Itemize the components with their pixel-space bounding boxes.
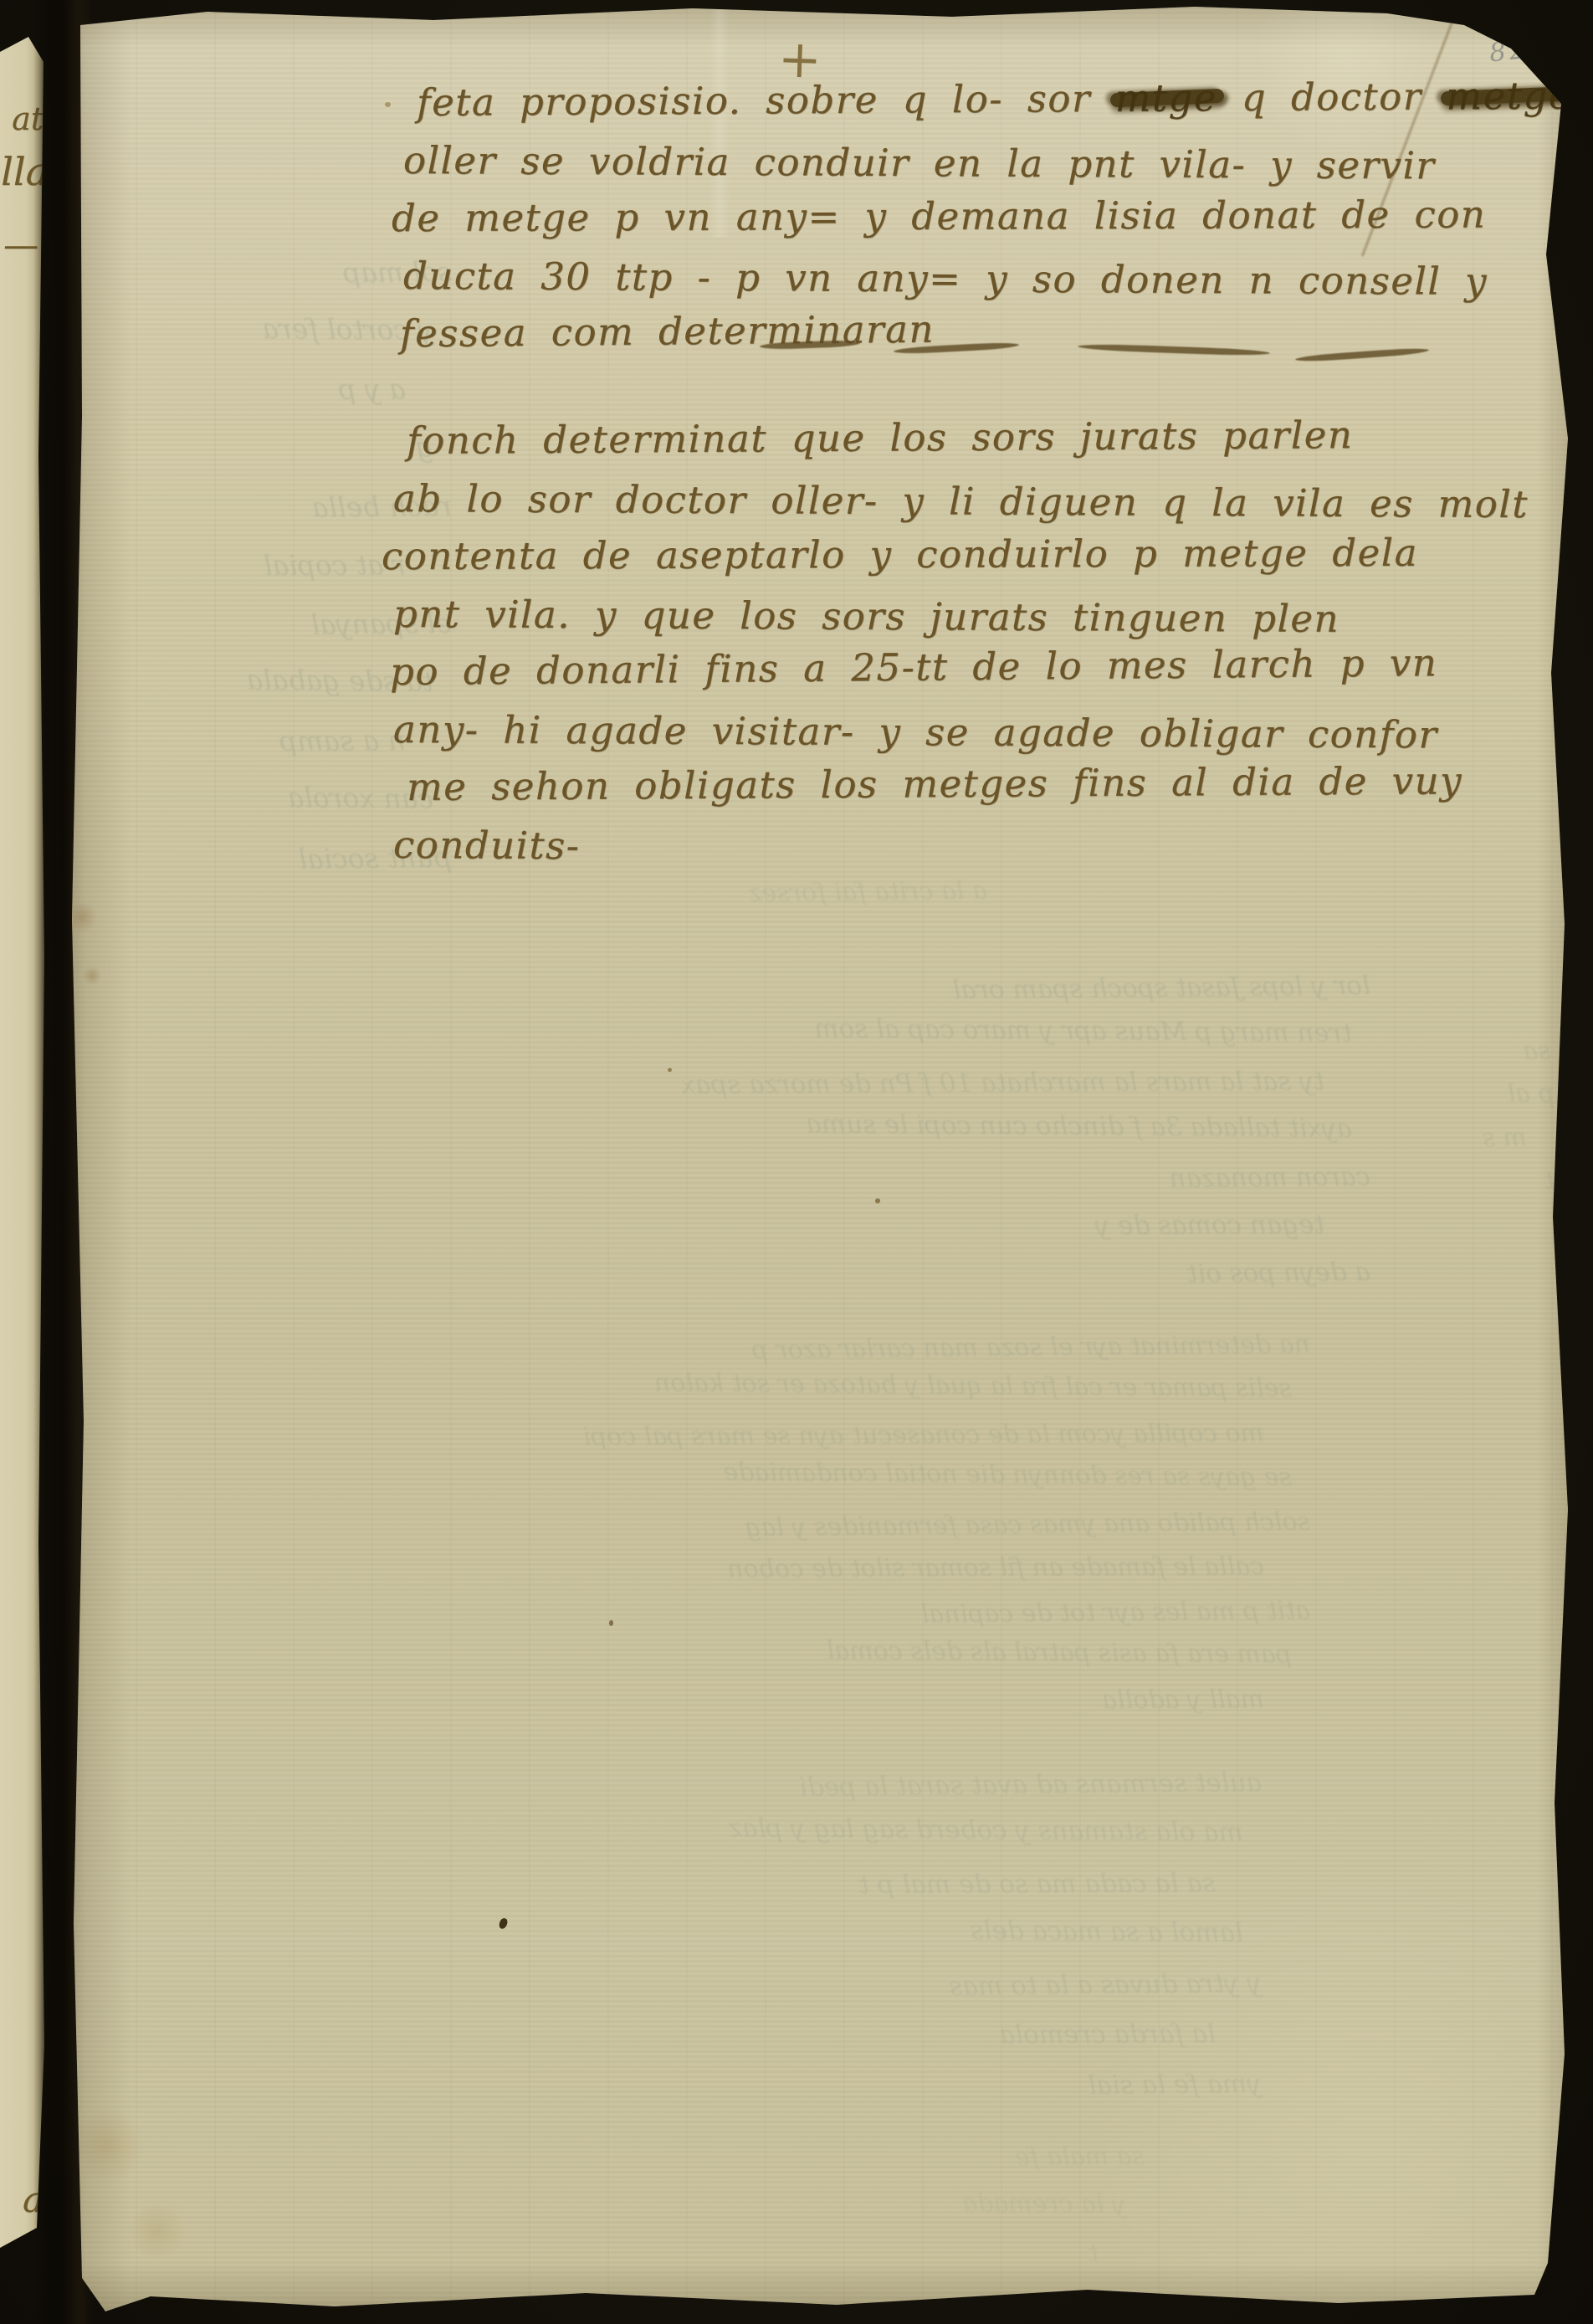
flourish-dash <box>894 341 1019 355</box>
manuscript-scan: at ella y — a 823 + sol mapy cortol fera… <box>0 0 1593 2324</box>
flourish-underline <box>894 341 1429 367</box>
bleedthrough-faint-block: sa mala fey la cremadat <box>392 2132 1145 2278</box>
line1-mid: q doctor <box>1242 74 1422 120</box>
bleedthrough-lower-block: na determinat ayr el soza man carlar azo… <box>465 1322 1310 1721</box>
bleedthrough-line: y sa <box>1389 1029 1574 1075</box>
bleedthrough-line: tegan comas de y <box>479 1201 1324 1253</box>
manuscript-line: me sehon obligats los metges fins al dia… <box>407 752 1542 816</box>
bleedthrough-line: yma fe la sial <box>350 2059 1263 2118</box>
manuscript-line: conduits- <box>393 816 1529 880</box>
bleedthrough-line: can xorola <box>74 767 434 829</box>
manuscript-line: feta proposisio. sobre q lo- sor mtge q … <box>417 67 1572 131</box>
bleedthrough-line: ta sde gabala <box>74 649 434 711</box>
bleedthrough-line: a deyn pos oit <box>525 1249 1371 1306</box>
manuscript-line: de metge p vn any= y demana lisia donat … <box>392 185 1547 247</box>
line1-start: feta proposisio. sobre q lo- sor <box>417 76 1091 125</box>
manuscript-line: contenta de aseptarlo y conduirlo p metg… <box>382 523 1517 585</box>
bleedthrough-line: p al <box>1370 1071 1555 1116</box>
bleedthrough-line: y la cremada <box>373 2174 1126 2229</box>
bleedthrough-line: calla le famade an fil somar silot de co… <box>419 1544 1264 1593</box>
bleedthrough-line: tren marg p Maus apr y maro cap al som <box>507 1003 1352 1058</box>
flourish-dash <box>1078 343 1270 357</box>
folio-number: 823 <box>1488 32 1550 68</box>
bleedthrough-line: a la crita fai forsez <box>469 870 987 917</box>
paper-stain-speck <box>385 102 391 107</box>
crossed-out-word: mtge <box>1115 75 1218 121</box>
bleedthrough-line: ayxit tallada 3a f dincho cun copi le su… <box>507 1098 1352 1153</box>
manuscript-line: fonch determinat que los sors jurats par… <box>407 405 1542 469</box>
bleedthrough-line: g <box>74 415 434 477</box>
bleedthrough-line: t <box>346 2229 1099 2282</box>
bleedthrough-fragment: a la crita fai forsez <box>469 870 987 912</box>
bleedthrough-line: sol map <box>92 243 453 305</box>
bleedthrough-line: la farda cremola <box>304 2008 1216 2064</box>
bleedthrough-line: a y p <box>46 360 406 420</box>
entry-proposal-text: feta proposisio. sobre q lo- sor mtge q … <box>417 74 1572 362</box>
bleedthrough-line: y cortol fera <box>74 298 434 360</box>
bleedthrough-line: se gays sa res donnyn die notial condami… <box>447 1448 1292 1500</box>
crossed-out-word: metge <box>1446 74 1572 119</box>
flourish-dash <box>1295 346 1429 362</box>
bleedthrough-line: pam era fa asis patral als dels comal <box>447 1625 1292 1677</box>
bleedthrough-line: n a samp <box>46 711 406 772</box>
bleedthrough-line: selis pamar er cal fra la qual y batoza … <box>447 1359 1292 1411</box>
bleedthrough-line: lamol a sa maca dels <box>331 1900 1243 1958</box>
bleedthrough-line: r at copial <box>46 536 406 596</box>
bleedthrough-line: t <box>1370 1158 1555 1203</box>
entry-resolution-text: fonch determinat que los sors jurats par… <box>407 412 1542 874</box>
bleedthrough-right-fragments: y sap alm st <box>1389 1029 1573 1203</box>
manuscript-line: po de donarli fins a 25-tt de lo mes lar… <box>390 633 1525 700</box>
bleedthrough-line: mall y adolla <box>419 1677 1264 1726</box>
bleedthrough-bottom-block: aulet sermans ad avat sarat la pedima ol… <box>350 1757 1262 2109</box>
bleedthrough-center-block: lor y lops Jasat spoch spam oraltren mar… <box>525 962 1370 1296</box>
bleedthrough-line: m s <box>1343 1116 1527 1161</box>
bleedthrough-line: ma ola stamans y coberd sag lag y plaz <box>331 1799 1243 1858</box>
manuscript-page: 823 + sol mapy cortol feraa y pgrach bel… <box>57 3 1583 2316</box>
